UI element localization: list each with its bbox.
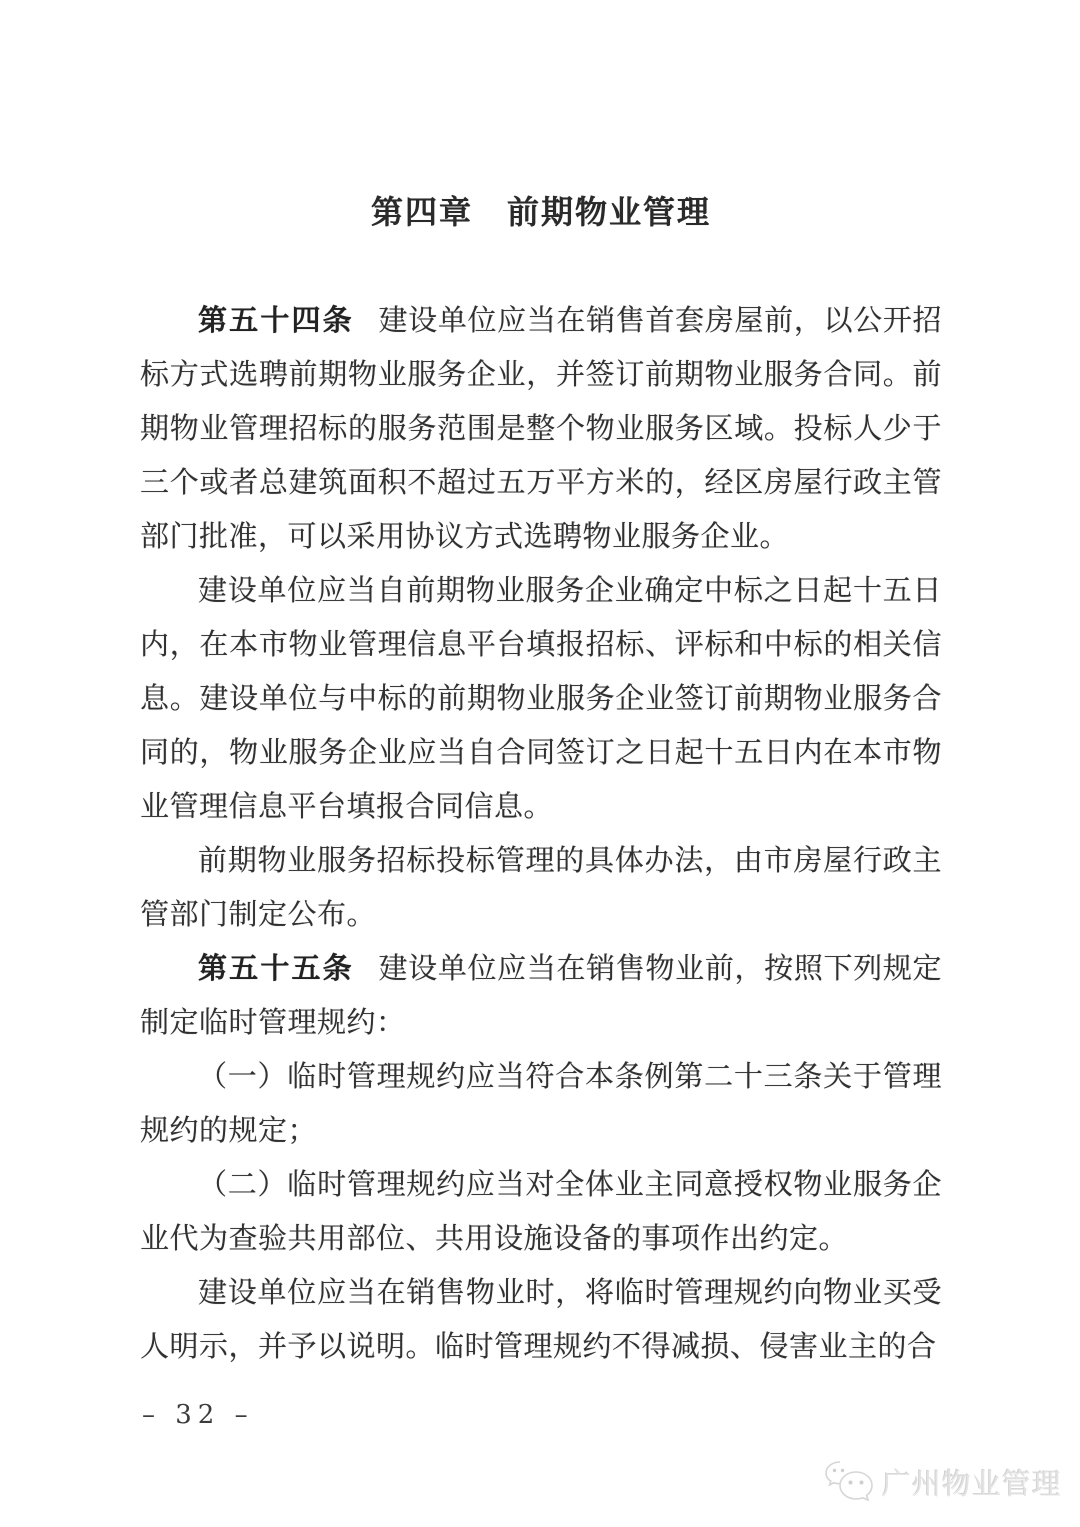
paragraph: 建设单位应当在销售物业时，将临时管理规约向物业买受人明示，并予以说明。临时管理规… [140, 1265, 942, 1373]
page-content: 第四章 前期物业管理 第五十四条建设单位应当在销售首套房屋前，以公开招标方式选聘… [140, 192, 942, 1373]
paragraph-article-55: 第五十五条建设单位应当在销售物业前，按照下列规定制定临时管理规约： [140, 941, 942, 1049]
paragraph-text: 前期物业服务招标投标管理的具体办法，由市房屋行政主管部门制定公布。 [140, 843, 942, 931]
article-number-55: 第五十五条 [198, 951, 354, 985]
wechat-icon [822, 1458, 876, 1506]
paragraph-text: 建设单位应当在销售首套房屋前，以公开招标方式选聘前期物业服务企业，并签订前期物业… [140, 303, 942, 553]
article-number-54: 第五十四条 [198, 303, 354, 337]
paragraph-item-2: （二）临时管理规约应当对全体业主同意授权物业服务企业代为查验共用部位、共用设施设… [140, 1157, 942, 1265]
page-number: – 32 – [142, 1400, 254, 1430]
paragraph-text: （一）临时管理规约应当符合本条例第二十三条关于管理规约的规定； [140, 1059, 942, 1147]
watermark: 广州物业管理 [822, 1458, 1062, 1506]
watermark-text: 广州物业管理 [882, 1462, 1062, 1503]
paragraph-text: 建设单位应当自前期物业服务企业确定中标之日起十五日内，在本市物业管理信息平台填报… [140, 573, 942, 823]
paragraph-item-1: （一）临时管理规约应当符合本条例第二十三条关于管理规约的规定； [140, 1049, 942, 1157]
paragraph-text: （二）临时管理规约应当对全体业主同意授权物业服务企业代为查验共用部位、共用设施设… [140, 1167, 942, 1255]
paragraph: 前期物业服务招标投标管理的具体办法，由市房屋行政主管部门制定公布。 [140, 833, 942, 941]
document-page: 第四章 前期物业管理 第五十四条建设单位应当在销售首套房屋前，以公开招标方式选聘… [0, 0, 1080, 1527]
paragraph: 建设单位应当自前期物业服务企业确定中标之日起十五日内，在本市物业管理信息平台填报… [140, 563, 942, 833]
paragraph-article-54: 第五十四条建设单位应当在销售首套房屋前，以公开招标方式选聘前期物业服务企业，并签… [140, 293, 942, 563]
paragraph-text: 建设单位应当在销售物业时，将临时管理规约向物业买受人明示，并予以说明。临时管理规… [140, 1275, 942, 1363]
chapter-title: 第四章 前期物业管理 [140, 192, 942, 232]
